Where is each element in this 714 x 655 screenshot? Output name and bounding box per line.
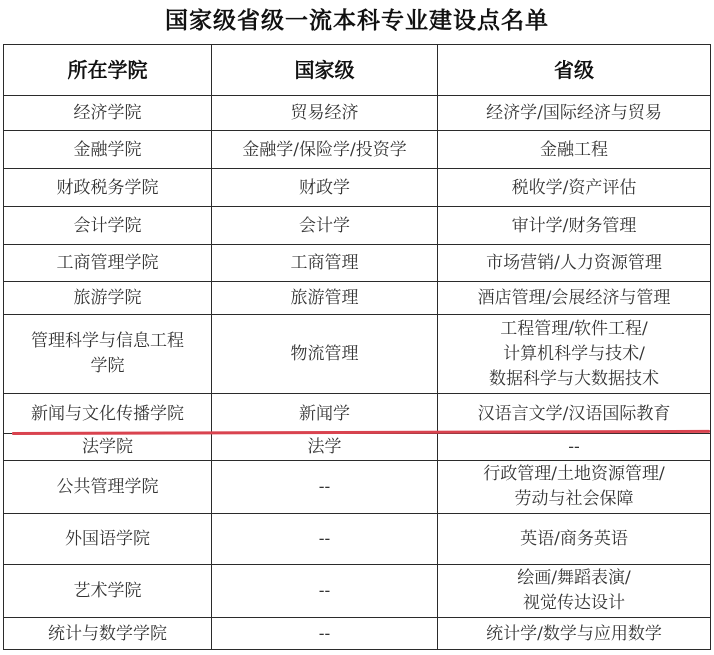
cell-college: 公共管理学院: [4, 461, 212, 514]
cell-provincial: 经济学/国际经济与贸易: [438, 96, 711, 131]
cell-provincial: 行政管理/土地资源管理/ 劳动与社会保障: [438, 461, 711, 514]
cell-provincial: 汉语言文学/汉语国际教育: [438, 394, 711, 434]
header-college: 所在学院: [4, 45, 212, 96]
cell-national: 贸易经济: [212, 96, 438, 131]
table-row: 新闻与文化传播学院 新闻学 汉语言文学/汉语国际教育: [4, 394, 711, 434]
table-row: 统计与数学学院 -- 统计学/数学与应用数学: [4, 618, 711, 650]
cell-provincial: 统计学/数学与应用数学: [438, 618, 711, 650]
cell-national: 物流管理: [212, 315, 438, 394]
cell-provincial-line: 工程管理/软件工程/: [442, 317, 706, 342]
cell-national: --: [212, 565, 438, 618]
cell-provincial: 工程管理/软件工程/ 计算机科学与技术/ 数据科学与大数据技术: [438, 315, 711, 394]
cell-provincial: 审计学/财务管理: [438, 207, 711, 245]
cell-national: 新闻学: [212, 394, 438, 434]
table-row: 公共管理学院 -- 行政管理/土地资源管理/ 劳动与社会保障: [4, 461, 711, 514]
table-row: 会计学院 会计学 审计学/财务管理: [4, 207, 711, 245]
table-row: 艺术学院 -- 绘画/舞蹈表演/ 视觉传达设计: [4, 565, 711, 618]
cell-provincial: 市场营销/人力资源管理: [438, 245, 711, 282]
cell-provincial-line: 数据科学与大数据技术: [442, 367, 706, 392]
table-row: 财政税务学院 财政学 税收学/资产评估: [4, 169, 711, 207]
cell-provincial: 绘画/舞蹈表演/ 视觉传达设计: [438, 565, 711, 618]
cell-national: --: [212, 461, 438, 514]
table-row: 外国语学院 -- 英语/商务英语: [4, 514, 711, 565]
cell-college: 外国语学院: [4, 514, 212, 565]
cell-college: 旅游学院: [4, 282, 212, 315]
table-row: 法学院 法学 --: [4, 434, 711, 461]
cell-provincial-line: 计算机科学与技术/: [442, 342, 706, 367]
cell-national: 法学: [212, 434, 438, 461]
table-row: 经济学院 贸易经济 经济学/国际经济与贸易: [4, 96, 711, 131]
cell-college: 财政税务学院: [4, 169, 212, 207]
cell-college: 管理科学与信息工程 学院: [4, 315, 212, 394]
header-row: 所在学院 国家级 省级: [4, 45, 711, 96]
cell-provincial-line: 劳动与社会保障: [442, 487, 706, 512]
header-provincial: 省级: [438, 45, 711, 96]
cell-national: --: [212, 514, 438, 565]
header-national: 国家级: [212, 45, 438, 96]
cell-college: 法学院: [4, 434, 212, 461]
document-title: 国家级省级一流本科专业建设点名单: [0, 4, 714, 38]
table-row: 管理科学与信息工程 学院 物流管理 工程管理/软件工程/ 计算机科学与技术/ 数…: [4, 315, 711, 394]
cell-provincial-line: 绘画/舞蹈表演/: [442, 566, 706, 591]
cell-college: 艺术学院: [4, 565, 212, 618]
cell-college: 新闻与文化传播学院: [4, 394, 212, 434]
table-row: 工商管理学院 工商管理 市场营销/人力资源管理: [4, 245, 711, 282]
majors-table: 所在学院 国家级 省级 经济学院 贸易经济 经济学/国际经济与贸易 金融学院 金…: [3, 44, 711, 650]
cell-national: 旅游管理: [212, 282, 438, 315]
cell-college: 经济学院: [4, 96, 212, 131]
cell-national: --: [212, 618, 438, 650]
cell-provincial: 税收学/资产评估: [438, 169, 711, 207]
cell-provincial-line: 行政管理/土地资源管理/: [442, 462, 706, 487]
cell-provincial-line: 视觉传达设计: [442, 591, 706, 616]
cell-college-line: 学院: [8, 354, 207, 379]
cell-national: 金融学/保险学/投资学: [212, 131, 438, 169]
cell-provincial: 酒店管理/会展经济与管理: [438, 282, 711, 315]
cell-national: 会计学: [212, 207, 438, 245]
table-row: 金融学院 金融学/保险学/投资学 金融工程: [4, 131, 711, 169]
cell-provincial: 英语/商务英语: [438, 514, 711, 565]
cell-college: 会计学院: [4, 207, 212, 245]
cell-national: 工商管理: [212, 245, 438, 282]
cell-college: 工商管理学院: [4, 245, 212, 282]
cell-college: 统计与数学学院: [4, 618, 212, 650]
table-row: 旅游学院 旅游管理 酒店管理/会展经济与管理: [4, 282, 711, 315]
cell-provincial: --: [438, 434, 711, 461]
cell-college: 金融学院: [4, 131, 212, 169]
cell-provincial: 金融工程: [438, 131, 711, 169]
cell-national: 财政学: [212, 169, 438, 207]
cell-college-line: 管理科学与信息工程: [8, 329, 207, 354]
